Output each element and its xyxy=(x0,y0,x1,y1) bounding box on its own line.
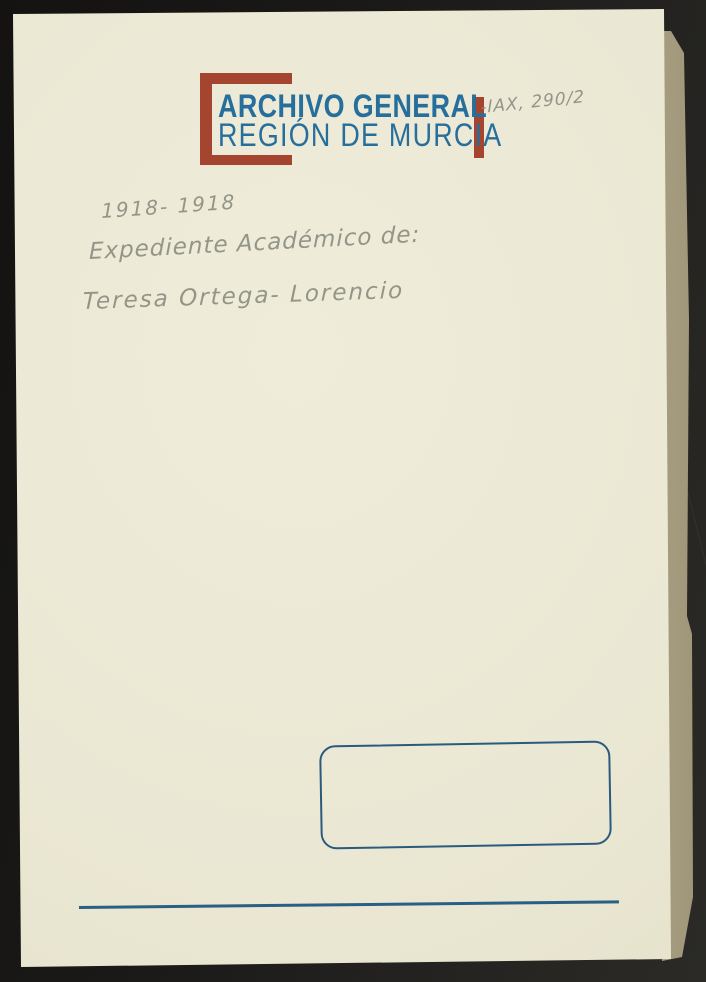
footer-rule xyxy=(79,900,619,908)
empty-label-box xyxy=(319,740,612,849)
scan-background: ARCHIVO GENERAL REGIÓN DE MURCIA -IAX, 2… xyxy=(0,0,706,982)
logo-title-line2: REGIÓN DE MURCIA xyxy=(218,119,502,151)
handwritten-person-name: Teresa Ortega- Lorencio xyxy=(83,278,405,315)
handwritten-date-range: 1918- 1918 xyxy=(101,190,236,223)
folder-cover-page: ARCHIVO GENERAL REGIÓN DE MURCIA -IAX, 2… xyxy=(0,0,706,982)
handwritten-record-title: Expediente Académico de: xyxy=(89,222,420,265)
pencil-reference-code: -IAX, 290/2 xyxy=(480,87,585,118)
